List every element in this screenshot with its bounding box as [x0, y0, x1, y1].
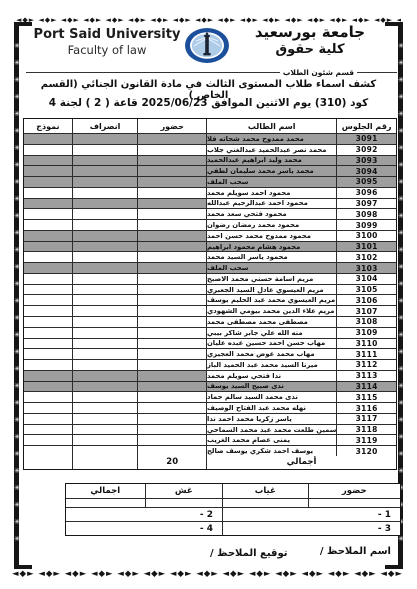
form-cell — [24, 263, 73, 273]
attendance-cell — [138, 371, 207, 381]
student-name-cell: محمود فتحي سعد محمد — [207, 209, 337, 219]
form-cell — [24, 145, 73, 155]
leave-cell — [73, 349, 139, 359]
form-cell — [24, 360, 73, 370]
student-name-cell: محمد ممدوح محمد شحاته فلا — [207, 134, 337, 144]
column-header-leave: انصراف — [73, 119, 139, 133]
leave-cell — [73, 285, 139, 295]
seat-number-cell: 3115 — [337, 392, 396, 402]
table-row: مهاب محمد عوض محمد العجيزي 3111 — [24, 349, 396, 360]
university-logo — [184, 27, 230, 64]
attendance-cell — [138, 446, 207, 456]
border-corner-top-right — [385, 22, 403, 26]
form-cell — [24, 295, 73, 305]
student-name-cell: محمود هشام محمود ابراهيم — [207, 242, 337, 252]
column-header-attendance: حضور — [138, 119, 207, 133]
leave-cell — [73, 199, 139, 209]
university-name-en: Port Said University — [32, 27, 182, 42]
attendance-cell — [138, 403, 207, 413]
summary-header-cheating: غش — [146, 484, 224, 498]
form-cell — [24, 382, 73, 392]
student-name-cell: منه الله علي جابر شاكر بيبي — [207, 328, 337, 338]
leave-cell — [73, 188, 139, 198]
table-row: محمد ياسر محمد سليمان لطفي 3094 — [24, 166, 396, 177]
table-row: ندا فتحي سويلم محمد 3113 — [24, 371, 396, 382]
form-cell — [24, 134, 73, 144]
leave-cell — [73, 177, 139, 187]
summary-blank-total — [66, 499, 146, 507]
border-corner-top-left — [14, 22, 32, 26]
table-row: محمود احمد عبدالرحيم عبدالله 3097 — [24, 199, 396, 210]
student-name-cell: ندى صبيح السيد يوسف — [207, 382, 337, 392]
leave-cell — [73, 371, 139, 381]
seat-number-cell: 3103 — [337, 263, 396, 273]
summary-table: اجمالي غش غياب حضور - 2 - 1 - 4 - 3 — [65, 483, 401, 536]
leave-cell — [73, 446, 139, 456]
attendance-cell — [138, 209, 207, 219]
attendance-cell — [138, 360, 207, 370]
leave-cell — [73, 360, 139, 370]
form-cell — [24, 252, 73, 262]
leave-cell — [73, 392, 139, 402]
student-name-cell: محمود احمد سويلم محمد — [207, 188, 337, 198]
border-ornament-bottom: ◄◆► ◄◆► ◄◆► ◄◆► ◄◆► ◄◆► ◄◆► ◄◆► ◄◆► ◄◆► … — [12, 568, 405, 580]
form-cell — [24, 435, 73, 445]
table-row: محمود ممدوح محمد حسن احمد 3100 — [24, 231, 396, 242]
form-cell — [24, 166, 73, 176]
student-name-cell: ياسمين طلعت محمد عبد محمد السماحي — [207, 425, 337, 435]
form-cell — [24, 371, 73, 381]
table-header-row: نموذج انصراف حضور اسم الطالب رقم الجلوس — [24, 119, 396, 134]
summary-note-row-1: - 2 - 1 — [66, 508, 400, 522]
leave-cell — [73, 252, 139, 262]
form-cell — [24, 306, 73, 316]
student-name-cell: محمود ممدوح محمد حسن احمد — [207, 231, 337, 241]
divider-line-right — [357, 72, 397, 73]
table-row: مريم اسامة حسني محمد الاصبح 3104 — [24, 274, 396, 285]
form-cell — [24, 231, 73, 241]
lighthouse-emblem-icon — [184, 27, 230, 64]
seat-number-cell: 3114 — [337, 382, 396, 392]
seat-number-cell: 3107 — [337, 306, 396, 316]
form-cell — [24, 349, 73, 359]
seat-number-cell: 3110 — [337, 339, 396, 349]
note-2-cell: - 2 — [66, 508, 223, 521]
summary-header-attendance: حضور — [309, 484, 400, 498]
leave-cell — [73, 414, 139, 424]
summary-note-row-2: - 4 - 3 — [66, 522, 400, 535]
student-name-cell: ياسر زكريا محمد احمد ندا — [207, 414, 337, 424]
leave-cell — [73, 156, 139, 166]
seat-number-cell: 3094 — [337, 166, 396, 176]
table-row: ميرنا السيد محمد عبد الحميد الباز 3112 — [24, 360, 396, 371]
seat-number-cell: 3109 — [337, 328, 396, 338]
table-row: مريم علاء الدين محمد بيومي الشهودي 3107 — [24, 306, 396, 317]
seat-number-cell: 3117 — [337, 414, 396, 424]
student-name-cell: مريم العيسوي محمد عبد الحليم يوسف — [207, 295, 337, 305]
seat-number-cell: 3104 — [337, 274, 396, 284]
leave-cell — [73, 295, 139, 305]
observer-signature-label: توقيع الملاحظ / — [210, 548, 288, 559]
column-header-student-name: اسم الطالب — [207, 119, 337, 133]
table-row: مهاب حسن احمد حسين عبده عليان 3110 — [24, 339, 396, 350]
leave-cell — [73, 274, 139, 284]
seat-number-cell: 3119 — [337, 435, 396, 445]
total-attendance-count: 20 — [138, 456, 207, 469]
seat-number-cell: 3098 — [337, 209, 396, 219]
table-row: نهله محمد عبد الفتاح الوصيف 3116 — [24, 403, 396, 414]
seat-number-cell: 3118 — [337, 425, 396, 435]
leave-cell — [73, 166, 139, 176]
attendance-cell — [138, 285, 207, 295]
table-row: مصطفى محمد مصطفى محمد 3108 — [24, 317, 396, 328]
form-cell — [24, 285, 73, 295]
student-name-cell: محمود احمد عبدالرحيم عبدالله — [207, 199, 337, 209]
attendance-cell — [138, 188, 207, 198]
university-name-ar: جامعة بورسعيد — [235, 23, 385, 41]
student-name-cell: سحب الملف — [207, 263, 337, 273]
form-cell — [24, 328, 73, 338]
university-header-english: Port Said University Faculty of law — [32, 27, 182, 57]
leave-cell — [73, 425, 139, 435]
attendance-cell — [138, 263, 207, 273]
form-cell — [24, 242, 73, 252]
attendance-cell — [138, 231, 207, 241]
student-name-cell: سحب الملف — [207, 177, 337, 187]
leave-cell — [73, 220, 139, 230]
seat-number-cell: 3111 — [337, 349, 396, 359]
attendance-cell — [138, 306, 207, 316]
student-name-cell: محمد نصر عبدالحميد عبدالغني جلاب — [207, 145, 337, 155]
total-form-cell — [24, 456, 73, 469]
seat-number-cell: 3105 — [337, 285, 396, 295]
table-row: يمنى عصام محمد الغريب 3119 — [24, 435, 396, 446]
student-name-cell: محمود محمد رمضان رضوان — [207, 220, 337, 230]
summary-header-row: اجمالي غش غياب حضور — [66, 484, 400, 499]
leave-cell — [73, 339, 139, 349]
attendance-table: نموذج انصراف حضور اسم الطالب رقم الجلوس … — [23, 118, 397, 470]
table-row: مريم العيسوي محمد عبد الحليم يوسف 3106 — [24, 295, 396, 306]
attendance-cell — [138, 199, 207, 209]
student-name-cell: مهاب حسن احمد حسين عبده عليان — [207, 339, 337, 349]
form-cell — [24, 156, 73, 166]
leave-cell — [73, 134, 139, 144]
table-row: محمود احمد سويلم محمد 3096 — [24, 188, 396, 199]
student-name-cell: مهاب محمد عوض محمد العجيزي — [207, 349, 337, 359]
seat-number-cell: 3096 — [337, 188, 396, 198]
student-name-cell: يمنى عصام محمد الغريب — [207, 435, 337, 445]
attendance-cell — [138, 435, 207, 445]
form-cell — [24, 177, 73, 187]
attendance-cell — [138, 295, 207, 305]
attendance-cell — [138, 328, 207, 338]
attendance-cell — [138, 252, 207, 262]
form-cell — [24, 339, 73, 349]
column-header-form: نموذج — [24, 119, 73, 133]
form-cell — [24, 403, 73, 413]
seat-number-cell: 3097 — [337, 199, 396, 209]
border-ornament-left: ✳✳✳✳✳✳✳✳✳✳✳✳✳✳✳✳✳✳✳✳✳✳✳✳✳✳✳✳✳✳ — [11, 26, 22, 567]
table-row: ندى محمد السيد سالم حماد 3115 — [24, 392, 396, 403]
student-name-cell: مصطفى محمد مصطفى محمد — [207, 317, 337, 327]
table-row: منه الله علي جابر شاكر بيبي 3109 — [24, 328, 396, 339]
leave-cell — [73, 382, 139, 392]
leave-cell — [73, 403, 139, 413]
form-cell — [24, 425, 73, 435]
leave-cell — [73, 263, 139, 273]
column-header-seat-number: رقم الجلوس — [337, 119, 396, 133]
summary-header-absence: غياب — [223, 484, 308, 498]
note-3-cell: - 3 — [223, 522, 400, 535]
faculty-name-ar: كلية حقوق — [235, 42, 385, 57]
summary-blank-attendance — [309, 499, 400, 507]
seat-number-cell: 3101 — [337, 242, 396, 252]
attendance-cell — [138, 382, 207, 392]
attendance-cell — [138, 425, 207, 435]
attendance-cell — [138, 177, 207, 187]
form-cell — [24, 274, 73, 284]
university-header-arabic: جامعة بورسعيد كلية حقوق — [235, 23, 385, 57]
form-cell — [24, 209, 73, 219]
form-cell — [24, 317, 73, 327]
student-name-cell: محمد وليد ابراهيم عبدالحميد — [207, 156, 337, 166]
leave-cell — [73, 242, 139, 252]
leave-cell — [73, 328, 139, 338]
border-corner-bottom-left — [14, 565, 32, 569]
observer-name-label: اسم الملاحظ / — [320, 546, 391, 557]
student-name-cell: ميرنا السيد محمد عبد الحميد الباز — [207, 360, 337, 370]
attendance-cell — [138, 317, 207, 327]
form-cell — [24, 446, 73, 456]
table-row: سحب الملف 3103 — [24, 263, 396, 274]
seat-number-cell: 3116 — [337, 403, 396, 413]
form-cell — [24, 414, 73, 424]
leave-cell — [73, 317, 139, 327]
attendance-cell — [138, 242, 207, 252]
leave-cell — [73, 145, 139, 155]
leave-cell — [73, 306, 139, 316]
student-name-cell: مريم علاء الدين محمد بيومي الشهودي — [207, 306, 337, 316]
seat-number-cell: 3102 — [337, 252, 396, 262]
student-name-cell: محمود ياسر السيد محمد — [207, 252, 337, 262]
attendance-cell — [138, 392, 207, 402]
student-name-cell: مريم العيسوي عادل السيد الجعبري — [207, 285, 337, 295]
faculty-name-en: Faculty of law — [32, 43, 182, 57]
table-row: محمد نصر عبدالحميد عبدالغني جلاب 3092 — [24, 145, 396, 156]
note-1-cell: - 1 — [223, 508, 400, 521]
department-label: قسم شئون الطلاب — [283, 68, 354, 77]
attendance-cell — [138, 145, 207, 155]
form-cell — [24, 220, 73, 230]
border-corner-bottom-right — [385, 565, 403, 569]
attendance-cell — [138, 166, 207, 176]
seat-number-cell: 3095 — [337, 177, 396, 187]
form-cell — [24, 188, 73, 198]
attendance-sheet-page: ◄◆► ◄◆► ◄◆► ◄◆► ◄◆► ◄◆► ◄◆► ◄◆► ◄◆► ◄◆► … — [0, 0, 417, 589]
table-row: ياسمين طلعت محمد عبد محمد السماحي 3118 — [24, 425, 396, 436]
attendance-cell — [138, 339, 207, 349]
leave-cell — [73, 209, 139, 219]
table-row: محمد وليد ابراهيم عبدالحميد 3093 — [24, 156, 396, 167]
student-name-cell: يوسف احمد شكري يوسف صالح — [207, 446, 337, 456]
student-name-cell: نهله محمد عبد الفتاح الوصيف — [207, 403, 337, 413]
seat-number-cell: 3091 — [337, 134, 396, 144]
form-cell — [24, 199, 73, 209]
student-name-cell: محمد ياسر محمد سليمان لطفي — [207, 166, 337, 176]
attendance-cell — [138, 156, 207, 166]
summary-blank-row — [66, 499, 400, 508]
seat-number-cell: 3112 — [337, 360, 396, 370]
seat-number-cell: 3113 — [337, 371, 396, 381]
summary-header-total: اجمالي — [66, 484, 146, 498]
total-label-cell: أجمالي — [207, 456, 396, 469]
leave-cell — [73, 435, 139, 445]
total-row: 20 أجمالي — [24, 456, 396, 469]
student-name-cell: مريم اسامة حسني محمد الاصبح — [207, 274, 337, 284]
seat-number-cell: 3108 — [337, 317, 396, 327]
attendance-cell — [138, 220, 207, 230]
table-row: ندى صبيح السيد يوسف 3114 — [24, 382, 396, 393]
table-row: محمود محمد رمضان رضوان 3099 — [24, 220, 396, 231]
seat-number-cell: 3100 — [337, 231, 396, 241]
attendance-cell — [138, 274, 207, 284]
total-leave-cell — [73, 456, 139, 469]
attendance-cell — [138, 134, 207, 144]
table-row: محمد ممدوح محمد شحاته فلا 3091 — [24, 134, 396, 145]
table-row: محمود فتحي سعد محمد 3098 — [24, 209, 396, 220]
attendance-cell — [138, 349, 207, 359]
summary-blank-absence — [223, 499, 308, 507]
seat-number-cell: 3093 — [337, 156, 396, 166]
attendance-cell — [138, 414, 207, 424]
divider-line-left — [26, 72, 280, 73]
note-4-cell: - 4 — [66, 522, 223, 535]
table-row: ياسر زكريا محمد احمد ندا 3117 — [24, 414, 396, 425]
table-row: مريم العيسوي عادل السيد الجعبري 3105 — [24, 285, 396, 296]
seat-number-cell: 3099 — [337, 220, 396, 230]
table-row: محمود هشام محمود ابراهيم 3101 — [24, 242, 396, 253]
exam-session-info: كود (310) يوم الاثنين الموافق 2025/06/23… — [24, 97, 393, 109]
seat-number-cell: 3092 — [337, 145, 396, 155]
student-name-cell: ندى محمد السيد سالم حماد — [207, 392, 337, 402]
table-row: سحب الملف 3095 — [24, 177, 396, 188]
student-name-cell: ندا فتحي سويلم محمد — [207, 371, 337, 381]
table-row: محمود ياسر السيد محمد 3102 — [24, 252, 396, 263]
form-cell — [24, 392, 73, 402]
seat-number-cell: 3106 — [337, 295, 396, 305]
summary-blank-cheating — [146, 499, 224, 507]
department-divider: قسم شئون الطلاب — [26, 66, 397, 78]
seat-number-cell: 3120 — [337, 446, 396, 456]
table-row: يوسف احمد شكري يوسف صالح 3120 — [24, 446, 396, 456]
leave-cell — [73, 231, 139, 241]
